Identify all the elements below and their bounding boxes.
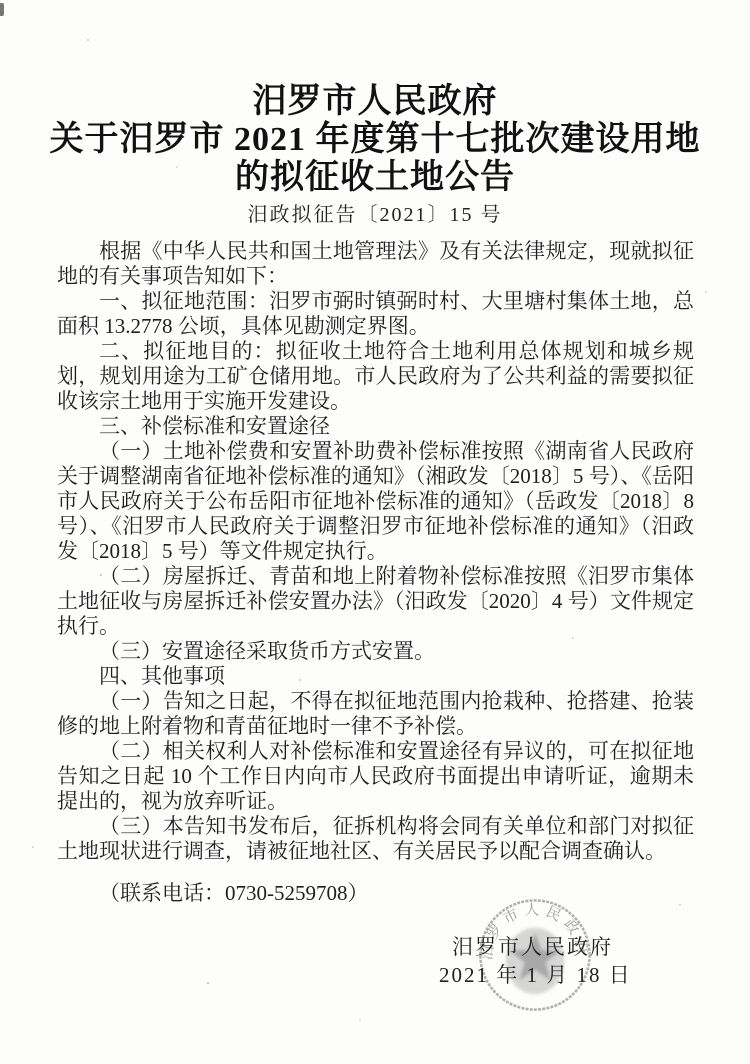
page-title: 汨罗市人民政府 关于汨罗市 2021 年度第十七批次建设用地 的拟征收土地公告 bbox=[0, 83, 750, 197]
title-line-2: 关于汨罗市 2021 年度第十七批次建设用地 bbox=[0, 121, 750, 159]
doc-number: 汨政拟征告〔2021〕15 号 bbox=[0, 198, 750, 227]
scanned-document-page: 汨罗市人民政府 关于汨罗市 2021 年度第十七批次建设用地 的拟征收土地公告 … bbox=[0, 0, 750, 1064]
title-line-1: 汨罗市人民政府 bbox=[0, 83, 750, 121]
signature-issuer: 汨罗市人民政府 bbox=[452, 931, 613, 961]
signature-date: 2021 年 1 月 18 日 bbox=[439, 959, 632, 989]
body-paragraph: （二）相关权利人对补偿标准和安置途径有异议的，可在拟征地告知之日起 10 个工作… bbox=[57, 739, 694, 814]
body-paragraph: （三）本告知书发布后，征拆机构将会同有关单位和部门对拟征土地现状进行调查，请被征… bbox=[57, 814, 694, 864]
body-paragraph: 三、补偿标准和安置途径 bbox=[57, 414, 694, 439]
scan-artifact-mark bbox=[0, 3, 4, 16]
body-paragraph: 根据《中华人民共和国土地管理法》及有关法律规定，现就拟征地的有关事项告知如下： bbox=[57, 239, 694, 289]
body-paragraph: 一、拟征地范围：汨罗市弼时镇弼时村、大里塘村集体土地，总面积 13.2778 公… bbox=[57, 289, 694, 339]
body-paragraph: 二、拟征地目的：拟征收土地符合土地利用总体规划和城乡规划，规划用途为工矿仓储用地… bbox=[57, 339, 694, 414]
document-body: 根据《中华人民共和国土地管理法》及有关法律规定，现就拟征地的有关事项告知如下： … bbox=[57, 239, 694, 906]
body-paragraph: （二）房屋拆迁、青苗和地上附着物补偿标准按照《汨罗市集体土地征收与房屋拆迁补偿安… bbox=[57, 564, 694, 639]
title-line-3: 的拟征收土地公告 bbox=[0, 159, 750, 197]
body-paragraph: （三）安置途径采取货币方式安置。 bbox=[57, 639, 694, 664]
body-paragraph: （一）土地补偿费和安置补助费补偿标准按照《湖南省人民政府关于调整湖南省征地补偿标… bbox=[57, 439, 694, 564]
body-paragraph: （一）告知之日起，不得在拟征地范围内抢栽种、抢搭建、抢装修的地上附着物和青苗征地… bbox=[57, 689, 694, 739]
body-paragraph: 四、其他事项 bbox=[57, 664, 694, 689]
